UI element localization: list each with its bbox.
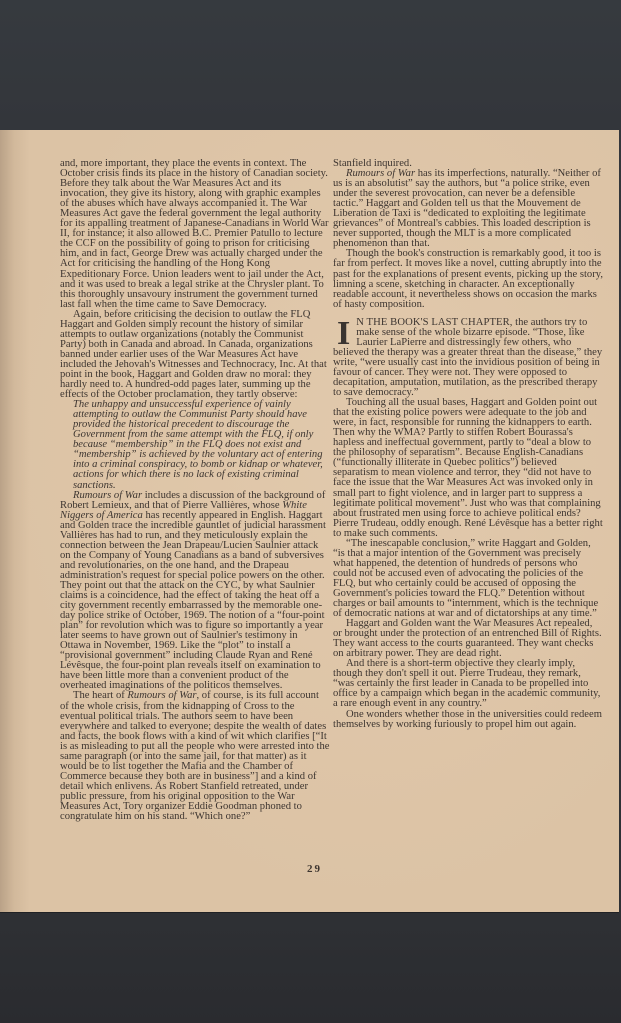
left-column: and, more important, they place the even… — [60, 159, 330, 822]
page-number: 29 — [307, 863, 322, 875]
text-run: has recently appeared in English. Haggar… — [60, 510, 326, 692]
block-quote: The unhappy and unsuccessful experience … — [60, 400, 330, 490]
paragraph: Again, before criticising the decision t… — [60, 310, 330, 400]
paragraph: IN THE BOOK'S LAST CHAPTER, the authors … — [333, 318, 603, 398]
section-start: IN THE BOOK'S LAST CHAPTER, the authors … — [333, 318, 603, 398]
drop-cap: I — [337, 320, 350, 348]
paragraph: Touching all the usual bases, Haggart an… — [333, 398, 603, 539]
right-column: Stanfield inquired. Rumours of War has i… — [333, 159, 603, 730]
magazine-page: and, more important, they place the even… — [0, 130, 619, 912]
paragraph: “The inescapable conclusion,” write Hagg… — [333, 539, 603, 619]
paragraph: Though the book's construction is remark… — [333, 249, 603, 309]
paragraph: and, more important, they place the even… — [60, 159, 330, 310]
paragraph: One wonders whether those in the univers… — [333, 710, 603, 730]
paragraph: The heart of Rumours of War, of course, … — [60, 691, 330, 822]
paragraph: And there is a short-term objective they… — [333, 659, 603, 709]
paragraph: Rumours of War includes a discussion of … — [60, 491, 330, 692]
paragraph: Rumours of War has its imperfections, na… — [333, 169, 603, 249]
text-run: , of course, is its full account of the … — [60, 690, 329, 822]
text-run: the authors try to make sense of the who… — [333, 317, 602, 398]
text-run: has its imperfections, naturally. “Neith… — [333, 168, 601, 249]
paragraph: Haggart and Golden want the War Measures… — [333, 619, 603, 659]
